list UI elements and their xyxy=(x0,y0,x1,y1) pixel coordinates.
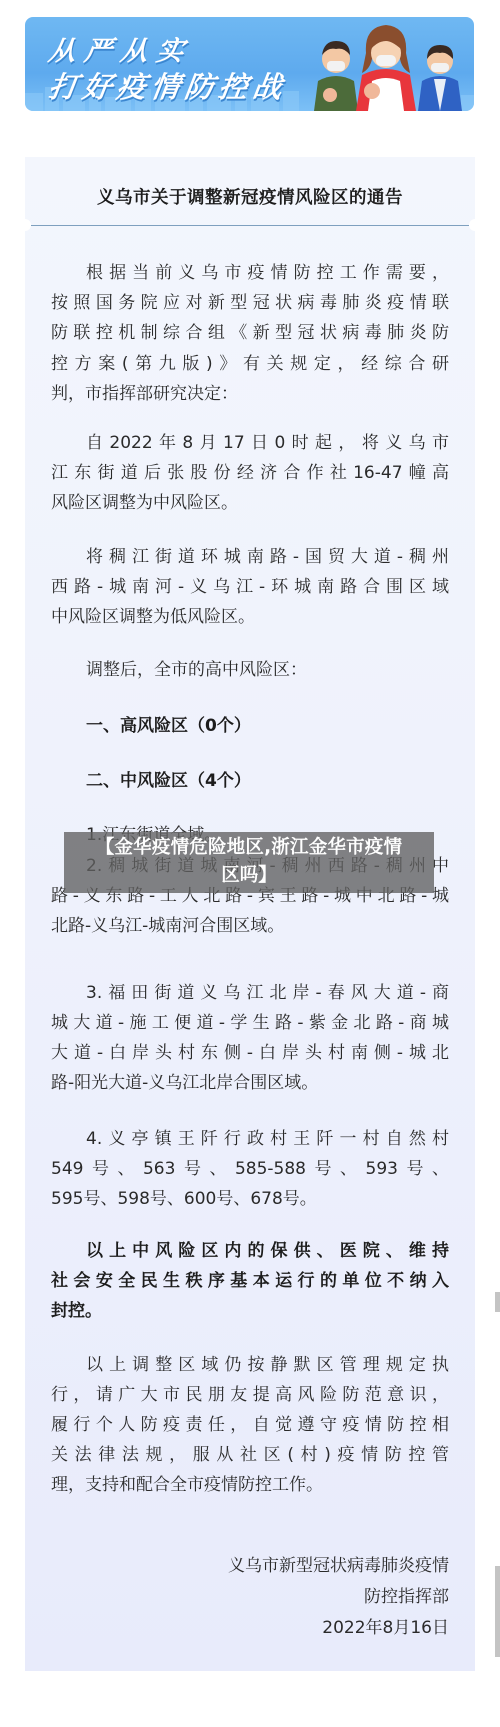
notice-title: 义乌市关于调整新冠疫情风险区的通告 xyxy=(25,184,475,209)
signature-date: 2022年8月16日 xyxy=(51,1613,449,1643)
medium-risk-item-3-line: 城大道-施工便道-学生路-紫金北路-商城 xyxy=(51,1008,449,1038)
paragraph-2-line: 风险区调整为中风险区。 xyxy=(51,488,449,518)
card-notch-right xyxy=(469,219,481,231)
medium-risk-item-3-line: 3.福田街道义乌江北岸-春风大道-商 xyxy=(86,978,449,1008)
three-masked-people-icon xyxy=(306,19,466,111)
exemption-line: 以上中风险区内的保供、医院、维持 xyxy=(86,1236,449,1266)
notice-card: 义乌市关于调整新冠疫情风险区的通告 根据当前义乌市疫情防控工作需要， 按照国务院… xyxy=(25,157,475,1671)
medium-risk-heading: 二、中风险区（4个） xyxy=(86,766,449,796)
closing-line: 以上调整区域仍按静默区管理规定执 xyxy=(86,1350,449,1380)
scroll-indicator[interactable] xyxy=(495,1292,500,1312)
closing-line: 理，支持和配合全市疫情防控工作。 xyxy=(51,1470,449,1500)
signature-org-line-1: 义乌市新型冠状病毒肺炎疫情 xyxy=(51,1551,449,1581)
campaign-banner: 从严从实 打好疫情防控战 xyxy=(25,17,474,111)
paragraph-2-line: 江东街道后张股份经济合作社16-47幢高 xyxy=(51,458,449,488)
slogan-line-1: 从严从实 xyxy=(46,29,195,68)
slogan-line-2: 打好疫情防控战 xyxy=(46,65,290,106)
paragraph-3-line: 西路-城南河-义乌江-环城南路合围区域 xyxy=(51,572,449,602)
exemption-line: 社会安全民生秩序基本运行的单位不纳入 xyxy=(51,1266,449,1296)
paragraph-1-line: 防联控机制综合组《新型冠状病毒肺炎防 xyxy=(51,318,449,348)
scroll-indicator[interactable] xyxy=(495,1566,500,1657)
overlay-caption-line-2: 区吗】 xyxy=(64,864,434,888)
summary-intro: 调整后，全市的高中风险区： xyxy=(86,655,449,685)
paragraph-3-line: 中风险区调整为低风险区。 xyxy=(51,602,449,632)
paragraph-1-line: 判，市指挥部研究决定： xyxy=(51,379,449,409)
medium-risk-item-4-line: 4.义亭镇王阡行政村王阡一村自然村 xyxy=(86,1124,449,1154)
exemption-line: 封控。 xyxy=(51,1296,449,1326)
closing-line: 行，请广大市民朋友提高风险防范意识， xyxy=(51,1380,449,1410)
closing-line: 履行个人防疫责任，自觉遵守疫情防控相 xyxy=(51,1410,449,1440)
medium-risk-item-3-line: 大道-白岸头村东侧-白岸头村南侧-城北 xyxy=(51,1038,449,1068)
title-divider xyxy=(31,225,469,226)
card-notch-left xyxy=(19,219,31,231)
high-risk-heading: 一、高风险区（0个） xyxy=(86,711,449,741)
overlay-caption: 【金华疫情危险地区,浙江金华市疫情 区吗】 xyxy=(64,832,434,893)
paragraph-1-line: 控方案(第九版)》有关规定，经综合研 xyxy=(51,349,449,379)
medium-risk-item-2-line: 北路-义乌江-城南河合围区域。 xyxy=(51,911,449,941)
closing-line: 关法律法规，服从社区(村)疫情防控管 xyxy=(51,1440,449,1470)
medium-risk-item-3-line: 路-阳光大道-义乌江北岸合围区域。 xyxy=(51,1068,449,1098)
paragraph-2-line: 自2022年8月17日0时起，将义乌市 xyxy=(86,428,449,458)
paragraph-1-line: 根据当前义乌市疫情防控工作需要， xyxy=(86,258,449,288)
medium-risk-item-4-line: 549号、563号、585-588号、593号、 xyxy=(51,1154,449,1184)
signature-org-line-2: 防控指挥部 xyxy=(51,1582,449,1612)
paragraph-3-line: 将稠江街道环城南路-国贸大道-稠州 xyxy=(86,542,449,572)
overlay-caption-line-1: 【金华疫情危险地区,浙江金华市疫情 xyxy=(64,836,434,860)
medium-risk-item-4-line: 595号、598号、600号、678号。 xyxy=(51,1184,449,1214)
paragraph-1-line: 按照国务院应对新型冠状病毒肺炎疫情联 xyxy=(51,288,449,318)
